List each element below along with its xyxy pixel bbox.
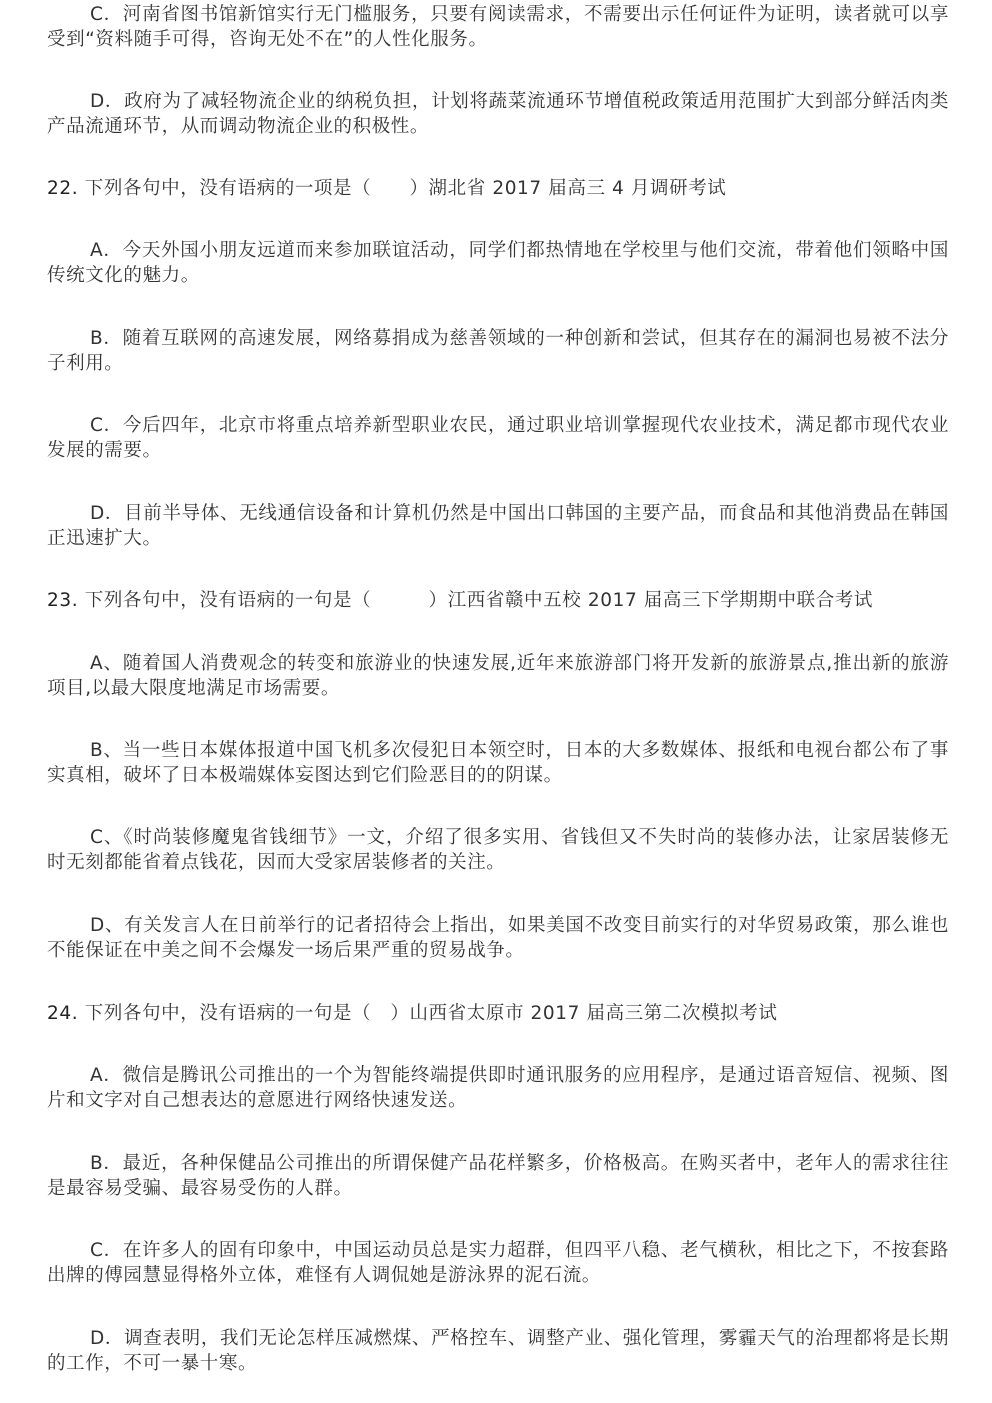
question-source: ）山西省太原市 2017 届高三第二次模拟考试 <box>390 1003 777 1024</box>
option-d-q24: D．调查表明，我们无论怎样压减燃煤、严格控车、调整产业、强化管理，雾霾天气的治理… <box>47 1326 949 1376</box>
answer-blank <box>371 176 409 201</box>
option-a-q24: A．微信是腾讯公司推出的一个为智能终端提供即时通讯服务的应用程序，是通过语音短信… <box>47 1063 949 1113</box>
option-d-q23: D、有关发言人在日前举行的记者招待会上指出，如果美国不改变目前实行的对华贸易政策… <box>47 913 949 963</box>
option-b-q24: B．最近，各种保健品公司推出的所谓保健产品花样繁多，价格极高。在购买者中，老年人… <box>47 1151 949 1201</box>
question-text: 下列各句中，没有语病的一项是（ <box>85 178 372 199</box>
option-c-q21: C．河南省图书馆新馆实行无门槛服务，只要有阅读需求，不需要出示任何证件为证明，读… <box>47 2 949 52</box>
answer-blank <box>371 588 428 613</box>
question-text: 下列各句中，没有语病的一句是（ <box>85 1003 372 1024</box>
option-a-q23: A、随着国人消费观念的转变和旅游业的快速发展,近年来旅游部门将开发新的旅游景点,… <box>47 651 949 701</box>
option-b-q23: B、当一些日本媒体报道中国飞机多次侵犯日本领空时，日本的大多数媒体、报纸和电视台… <box>47 738 949 788</box>
question-24-stem: 24. 下列各句中，没有语病的一句是（ ）山西省太原市 2017 届高三第二次模… <box>47 1001 949 1026</box>
option-d-q22: D．目前半导体、无线通信设备和计算机仍然是中国出口韩国的主要产品，而食品和其他消… <box>47 501 949 551</box>
option-a-q22: A．今天外国小朋友远道而来参加联谊活动，同学们都热情地在学校里与他们交流，带着他… <box>47 238 949 288</box>
question-number: 22. <box>47 178 78 199</box>
question-23-stem: 23. 下列各句中，没有语病的一句是（ ）江西省赣中五校 2017 届高三下学期… <box>47 588 949 613</box>
option-c-q22: C．今后四年，北京市将重点培养新型职业农民，通过职业培训掌握现代农业技术，满足都… <box>47 413 949 463</box>
question-source: ）湖北省 2017 届高三 4 月调研考试 <box>409 178 726 199</box>
question-text: 下列各句中，没有语病的一句是（ <box>85 590 372 611</box>
question-22-stem: 22. 下列各句中，没有语病的一项是（ ）湖北省 2017 届高三 4 月调研考… <box>47 176 949 201</box>
question-number: 24. <box>47 1003 78 1024</box>
option-d-q21: D．政府为了减轻物流企业的纳税负担，计划将蔬菜流通环节增值税政策适用范围扩大到部… <box>47 89 949 139</box>
option-c-q23: C、《时尚装修魔鬼省钱细节》一文，介绍了很多实用、省钱但又不失时尚的装修办法，让… <box>47 825 949 875</box>
question-source: ）江西省赣中五校 2017 届高三下学期期中联合考试 <box>429 590 873 611</box>
option-c-q24: C．在许多人的固有印象中，中国运动员总是实力超群，但四平八稳、老气横秋，相比之下… <box>47 1238 949 1288</box>
answer-blank <box>371 1001 390 1026</box>
question-number: 23. <box>47 590 78 611</box>
option-b-q22: B．随着互联网的高速发展，网络募捐成为慈善领域的一种创新和尝试，但其存在的漏洞也… <box>47 326 949 376</box>
